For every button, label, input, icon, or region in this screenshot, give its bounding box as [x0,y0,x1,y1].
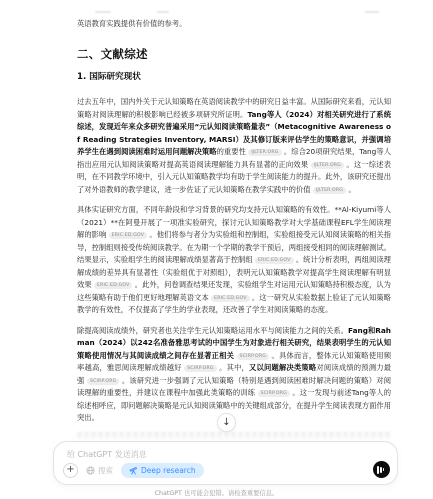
citation-badge[interactable]: ERIC.ED.GOV [211,295,249,302]
text-run: 。其中， [217,363,249,372]
subsection-title: 1. 国际研究现状 [77,72,391,83]
search-tool-button[interactable]: 搜索 [86,465,113,476]
section-title: 二、文献综述 [77,47,391,61]
assistant-response-document: 英语教育实践提供有价值的参考。 二、文献综述 1. 国际研究现状 过去五年中，国… [77,0,391,425]
globe-icon [86,466,95,475]
paragraph: 过去五年中，国内外关于元认知策略在英语阅读教学中的研究日益丰富。从国际研究来看，… [77,96,391,196]
search-tool-label: 搜索 [98,465,113,476]
deep-research-label: Deep research [141,466,196,475]
telescope-icon [129,466,138,475]
citation-badge[interactable]: ERIC.ED.GOV [94,282,132,289]
attach-button[interactable]: + [63,463,78,478]
citation-badge[interactable]: IJLTER.ORG [248,149,281,156]
bold-text-run: 又以问题解决类策略 [249,363,316,372]
paragraph: 具体实证研究方面，不同年龄段和学习背景的研究均支持元认知策略的有效性。**Al-… [77,204,391,317]
composer-toolbar: + 搜索 Deep research [63,463,204,478]
citation-badge[interactable]: IJLTER.ORG [311,162,344,169]
voice-mode-button[interactable] [373,461,390,478]
composer-placeholder[interactable]: 给 ChatGPT 发送消息 [67,449,147,460]
text-run: 的重要性 [217,147,249,156]
message-composer[interactable]: 给 ChatGPT 发送消息 + 搜索 [53,441,398,485]
paragraphs: 过去五年中，国内外关于元认知策略在英语阅读教学中的研究日益丰富。从国际研究来看，… [77,96,391,425]
citation-badge[interactable]: SCIRP.ORG [237,353,269,360]
citation-badge[interactable]: SCIRP.ORG [258,390,290,397]
citation-badge[interactable]: SCIRP.ORG [87,378,119,385]
disclaimer-text: ChatGPT 也可能会犯错。请检查重要信息。 [0,488,433,497]
citation-badge[interactable]: IJLTER.ORG [313,187,346,194]
paragraph: 除提高阅读成绩外，研究者也关注学生元认知策略运用水平与阅读能力之间的关系。Fan… [77,325,391,425]
plus-icon: + [66,465,74,475]
intro-line: 英语教育实践提供有价值的参考。 [77,18,391,30]
deep-research-button[interactable]: Deep research [121,463,204,478]
down-arrow-icon: ↓ [222,418,230,428]
faded-previous-line [77,10,391,14]
citation-badge[interactable]: ERIC.ED.GOV [109,232,147,239]
text-run: 。 [346,185,356,194]
citation-badge[interactable]: ERIC.ED.GOV [255,257,293,264]
chatgpt-window: 英语教育实践提供有价值的参考。 二、文献综述 1. 国际研究现状 过去五年中，国… [0,0,433,499]
text-run: 除提高阅读成绩外，研究者也关注学生元认知策略运用水平与阅读能力之间的关系。 [77,326,348,335]
scroll-to-bottom-button[interactable]: ↓ [217,413,236,432]
citation-badge[interactable]: SCIRP.ORG [184,365,216,372]
